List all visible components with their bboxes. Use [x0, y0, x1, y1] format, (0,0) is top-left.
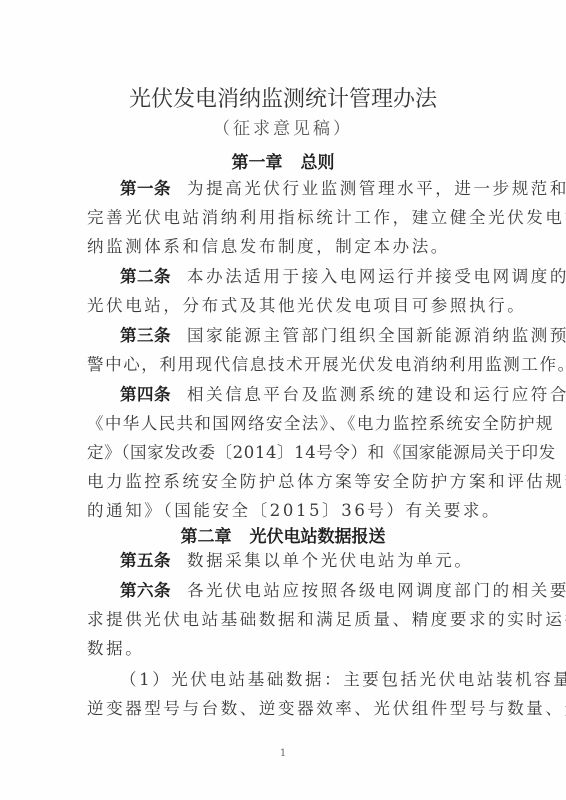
paragraph-line: 警中心，利用现代信息技术开展光伏发电消纳利用监测工作。 [87, 350, 483, 379]
paragraph-line: 纳监测体系和信息发布制度，制定本办法。 [87, 232, 483, 261]
paragraph-line: 第四条相关信息平台及监测系统的建设和运行应符合 [87, 380, 516, 409]
paragraph-line: 《中华人民共和国网络安全法》、《电力监控系统安全防护规 [87, 409, 483, 438]
paragraph-line: 的通知》（国能安全〔2015〕36号）有关要求。 [87, 496, 483, 525]
chapter-label: 第二章 [181, 527, 232, 547]
paragraph-line: 数据。 [87, 634, 483, 663]
document-title: 光伏发电消纳监测统计管理办法 [0, 82, 566, 113]
paragraph-line: 光伏电站，分布式及其他光伏发电项目可参照执行。 [87, 291, 483, 320]
chapter-label: 第一章 [232, 153, 283, 173]
document-page: 光伏发电消纳监测统计管理办法 （征求意见稿） 第一章总则 第一条为提高光伏行业监… [0, 0, 566, 800]
article-label: 第五条 [120, 551, 171, 570]
paragraph-line: 第一条为提高光伏行业监测管理水平，进一步规范和 [87, 174, 516, 203]
article-label: 第二条 [120, 267, 171, 286]
paragraph-line: 完善光伏电站消纳利用指标统计工作，建立健全光伏发电消 [87, 203, 483, 232]
article-label: 第六条 [120, 581, 171, 600]
paragraph-line: 电力监控系统安全防护总体方案等安全防护方案和评估规范 [87, 467, 483, 496]
chapter-heading-2: 第二章光伏电站数据报送 [0, 522, 566, 547]
paragraph-line: 定》（国家发改委〔2014〕14号令）和《国家能源局关于印发 [87, 438, 483, 467]
article-label: 第三条 [120, 326, 171, 345]
paragraph-line: 求提供光伏电站基础数据和满足质量、精度要求的实时运行 [87, 605, 483, 634]
paragraph-line: 逆变器型号与台数、逆变器效率、光伏组件型号与数量、光 [87, 694, 483, 723]
paragraph-line: 第六条各光伏电站应按照各级电网调度部门的相关要 [87, 576, 516, 605]
chapter-name: 总则 [301, 153, 335, 173]
paragraph-line: 第五条数据采集以单个光伏电站为单元。 [87, 546, 516, 575]
chapter-name: 光伏电站数据报送 [250, 527, 386, 547]
paragraph-line: 第三条国家能源主管部门组织全国新能源消纳监测预 [87, 321, 516, 350]
paragraph-line: （1）光伏电站基础数据：主要包括光伏电站装机容量、 [87, 665, 516, 694]
paragraph-line: 第二条本办法适用于接入电网运行并接受电网调度的 [87, 262, 516, 291]
chapter-heading-1: 第一章总则 [0, 148, 566, 173]
document-subtitle: （征求意见稿） [0, 114, 566, 139]
page-number: 1 [0, 748, 566, 759]
article-label: 第四条 [120, 385, 171, 404]
article-label: 第一条 [120, 179, 171, 198]
